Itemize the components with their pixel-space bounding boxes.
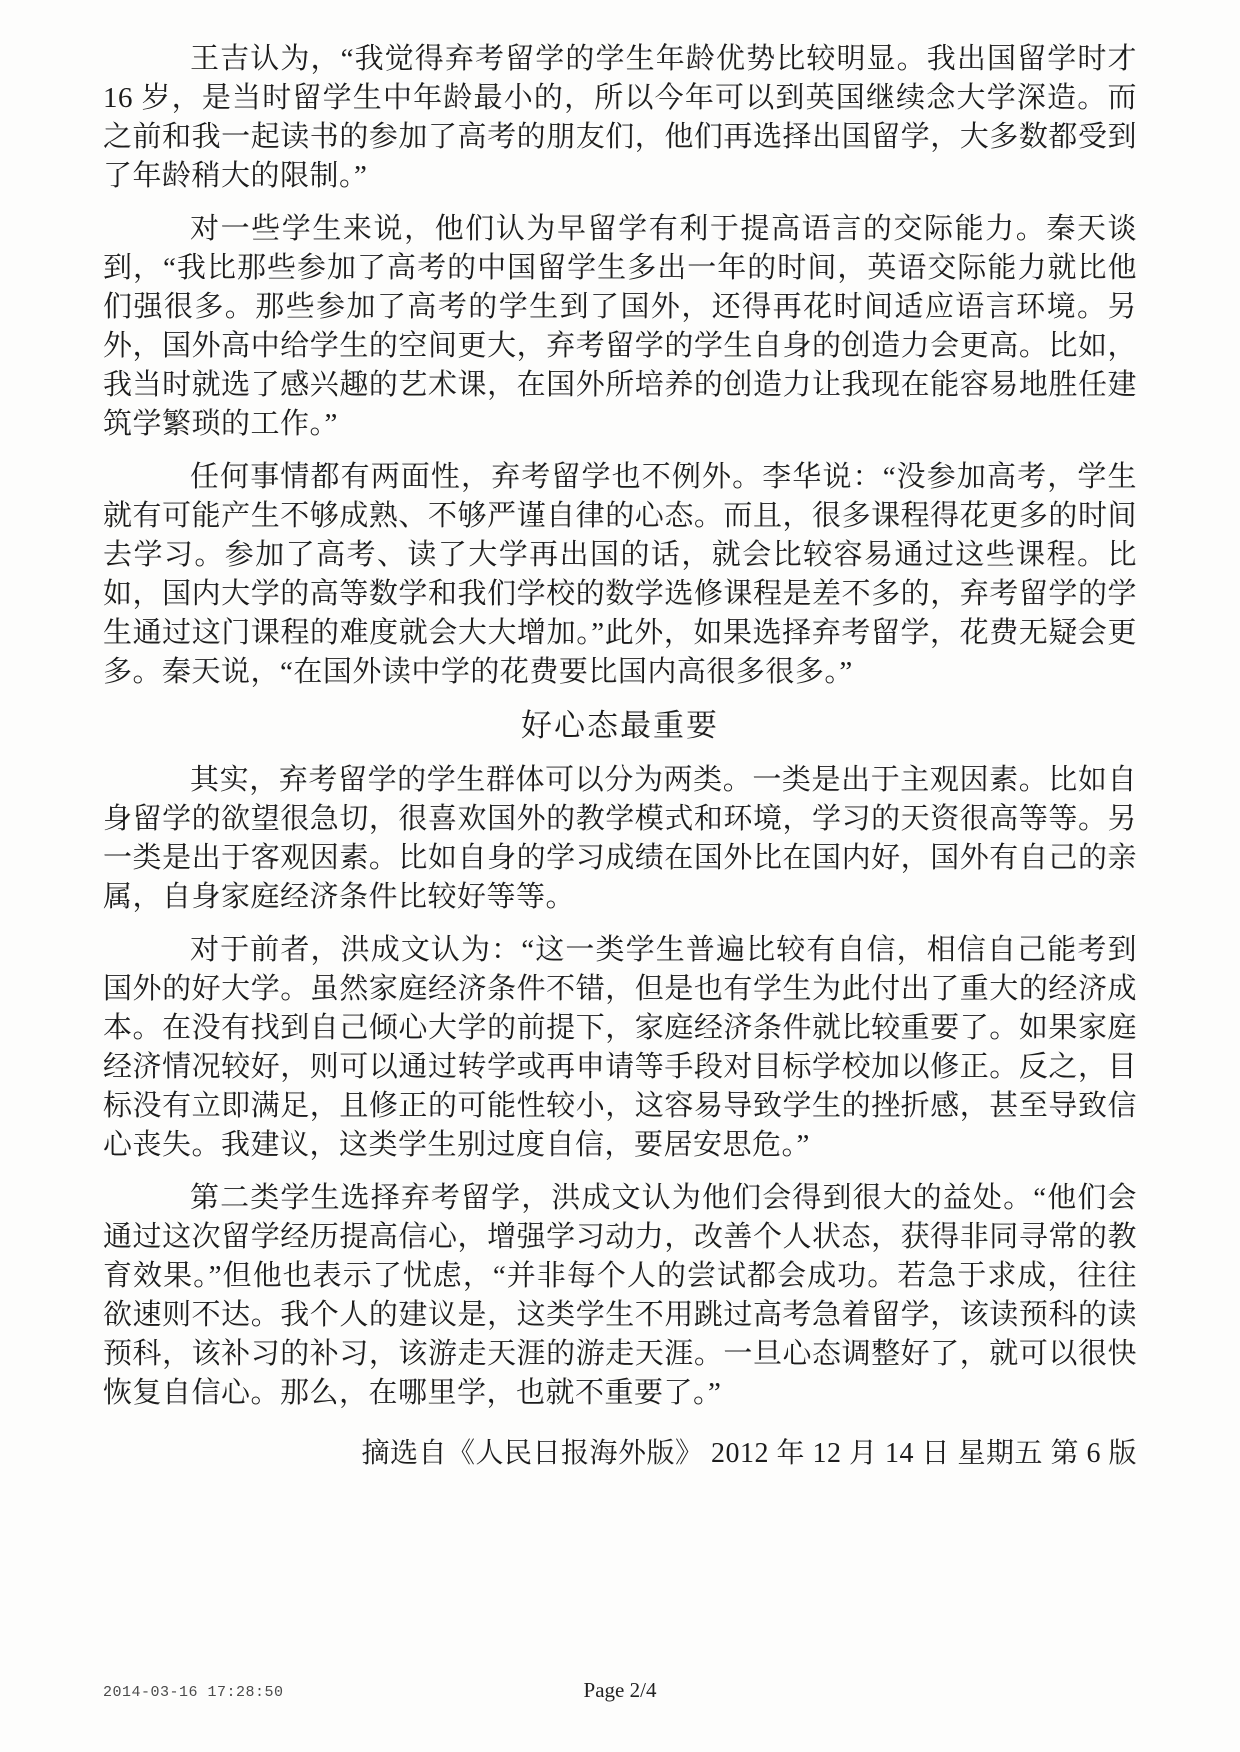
section-heading: 好心态最重要 — [103, 706, 1137, 745]
body-paragraph: 第二类学生选择弃考留学，洪成文认为他们会得到很大的益处。“他们会通过这次留学经历… — [103, 1179, 1137, 1413]
body-paragraph: 其实，弃考留学的学生群体可以分为两类。一类是出于主观因素。比如自身留学的欲望很急… — [103, 761, 1137, 917]
body-paragraph: 对一些学生来说，他们认为早留学有利于提高语言的交际能力。秦天谈到，“我比那些参加… — [103, 210, 1137, 444]
body-paragraph: 对于前者，洪成文认为：“这一类学生普遍比较有自信，相信自己能考到国外的好大学。虽… — [103, 931, 1137, 1165]
document-body: 王吉认为，“我觉得弃考留学的学生年龄优势比较明显。我出国留学时才 16 岁，是当… — [103, 40, 1137, 1473]
body-paragraph: 任何事情都有两面性，弃考留学也不例外。李华说：“没参加高考，学生就有可能产生不够… — [103, 458, 1137, 692]
footer-page-number: Page 2/4 — [0, 1678, 1240, 1703]
document-page: 王吉认为，“我觉得弃考留学的学生年龄优势比较明显。我出国留学时才 16 岁，是当… — [0, 0, 1240, 1752]
body-paragraph: 王吉认为，“我觉得弃考留学的学生年龄优势比较明显。我出国留学时才 16 岁，是当… — [103, 40, 1137, 196]
source-attribution: 摘选自《人民日报海外版》 2012 年 12 月 14 日 星期五 第 6 版 — [103, 1435, 1137, 1473]
